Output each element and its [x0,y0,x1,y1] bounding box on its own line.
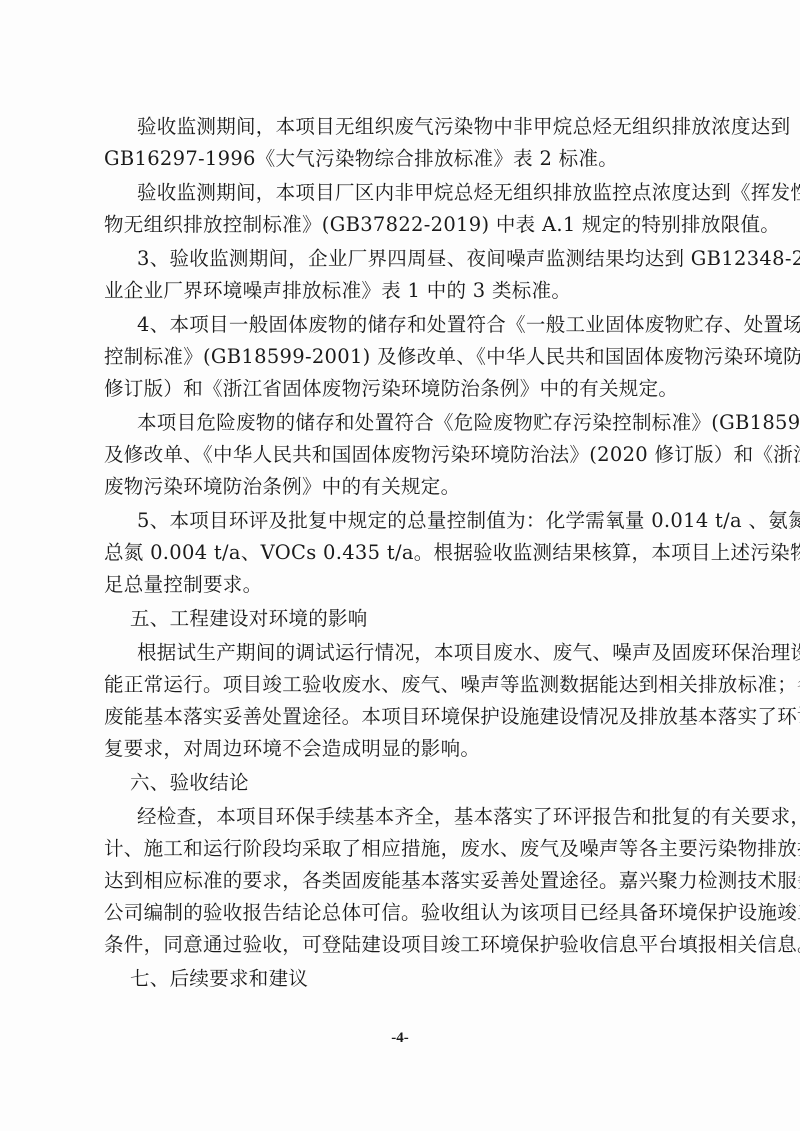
text-line: 及修改单、《中华人民共和国固体废物污染环境防治法》(2020 修订版）和《浙江省… [104,442,712,468]
text-line: 废能基本落实妥善处置途径。本项目环境保护设施建设情况及排放基本落实了环评及批 [104,704,712,730]
text-line: 业企业厂界环境噪声排放标准》表 1 中的 3 类标准。 [104,278,712,304]
text-line: 能正常运行。项目竣工验收废水、废气、噪声等监测数据能达到相关排放标准；各类固 [104,672,712,698]
text-line: 本项目危险废物的储存和处置符合《危险废物贮存污染控制标准》(GB18597-20… [137,410,712,436]
text-line: 控制标准》(GB18599-2001) 及修改单、《中华人民共和国固体废物污染环… [104,344,712,370]
text-line: 3、验收监测期间，企业厂界四周昼、夜间噪声监测结果均达到 GB12348-200… [137,246,712,272]
text-line: 复要求，对周边环境不会造成明显的影响。 [104,736,712,762]
text-line: 公司编制的验收报告结论总体可信。验收组认为该项目已经具备环境保护设施竣工验收 [104,900,712,926]
text-line: 计、施工和运行阶段均采取了相应措施，废水、废气及噪声等各主要污染物排放指标能 [104,836,712,862]
text-line: 达到相应标准的要求，各类固废能基本落实妥善处置途径。嘉兴聚力检测技术服务有限 [104,868,712,894]
text-line: 废物污染环境防治条例》中的有关规定。 [104,474,712,500]
text-line: 足总量控制要求。 [104,572,712,598]
section-heading: 六、验收结论 [130,770,738,796]
section-heading: 七、后续要求和建议 [130,966,738,992]
text-line: 根据试生产期间的调试运行情况，本项目废水、废气、噪声及固废环保治理设施均 [137,640,712,666]
text-line: 4、本项目一般固体废物的储存和处置符合《一般工业固体废物贮存、处置场污染 [137,312,712,338]
section-heading: 五、工程建设对环境的影响 [130,606,738,632]
text-line: 总氮 0.004 t/a、VOCs 0.435 t/a。根据验收监测结果核算，本… [104,540,712,566]
page-number: -4- [0,1030,800,1047]
text-line: 条件，同意通过验收，可登陆建设项目竣工环境保护验收信息平台填报相关信息。 [104,932,712,958]
text-line: 验收监测期间，本项目无组织废气污染物中非甲烷总烃无组织排放浓度达到 [137,114,712,140]
text-line: GB16297-1996《大气污染物综合排放标准》表 2 标准。 [104,146,712,172]
text-line: 修订版）和《浙江省固体废物污染环境防治条例》中的有关规定。 [104,376,712,402]
text-line: 经检查，本项目环保手续基本齐全，基本落实了环评报告和批复的有关要求，在设 [137,804,712,830]
text-line: 5、本项目环评及批复中规定的总量控制值为：化学需氧量 0.014 t/a 、氨氮… [137,508,712,534]
text-line: 物无组织排放控制标准》(GB37822-2019) 中表 A.1 规定的特别排放… [104,212,712,238]
document-page: 验收监测期间，本项目无组织废气污染物中非甲烷总烃无组织排放浓度达到GB16297… [0,0,800,1131]
text-line: 验收监测期间，本项目厂区内非甲烷总烃无组织排放监控点浓度达到《挥发性有机 [137,180,712,206]
